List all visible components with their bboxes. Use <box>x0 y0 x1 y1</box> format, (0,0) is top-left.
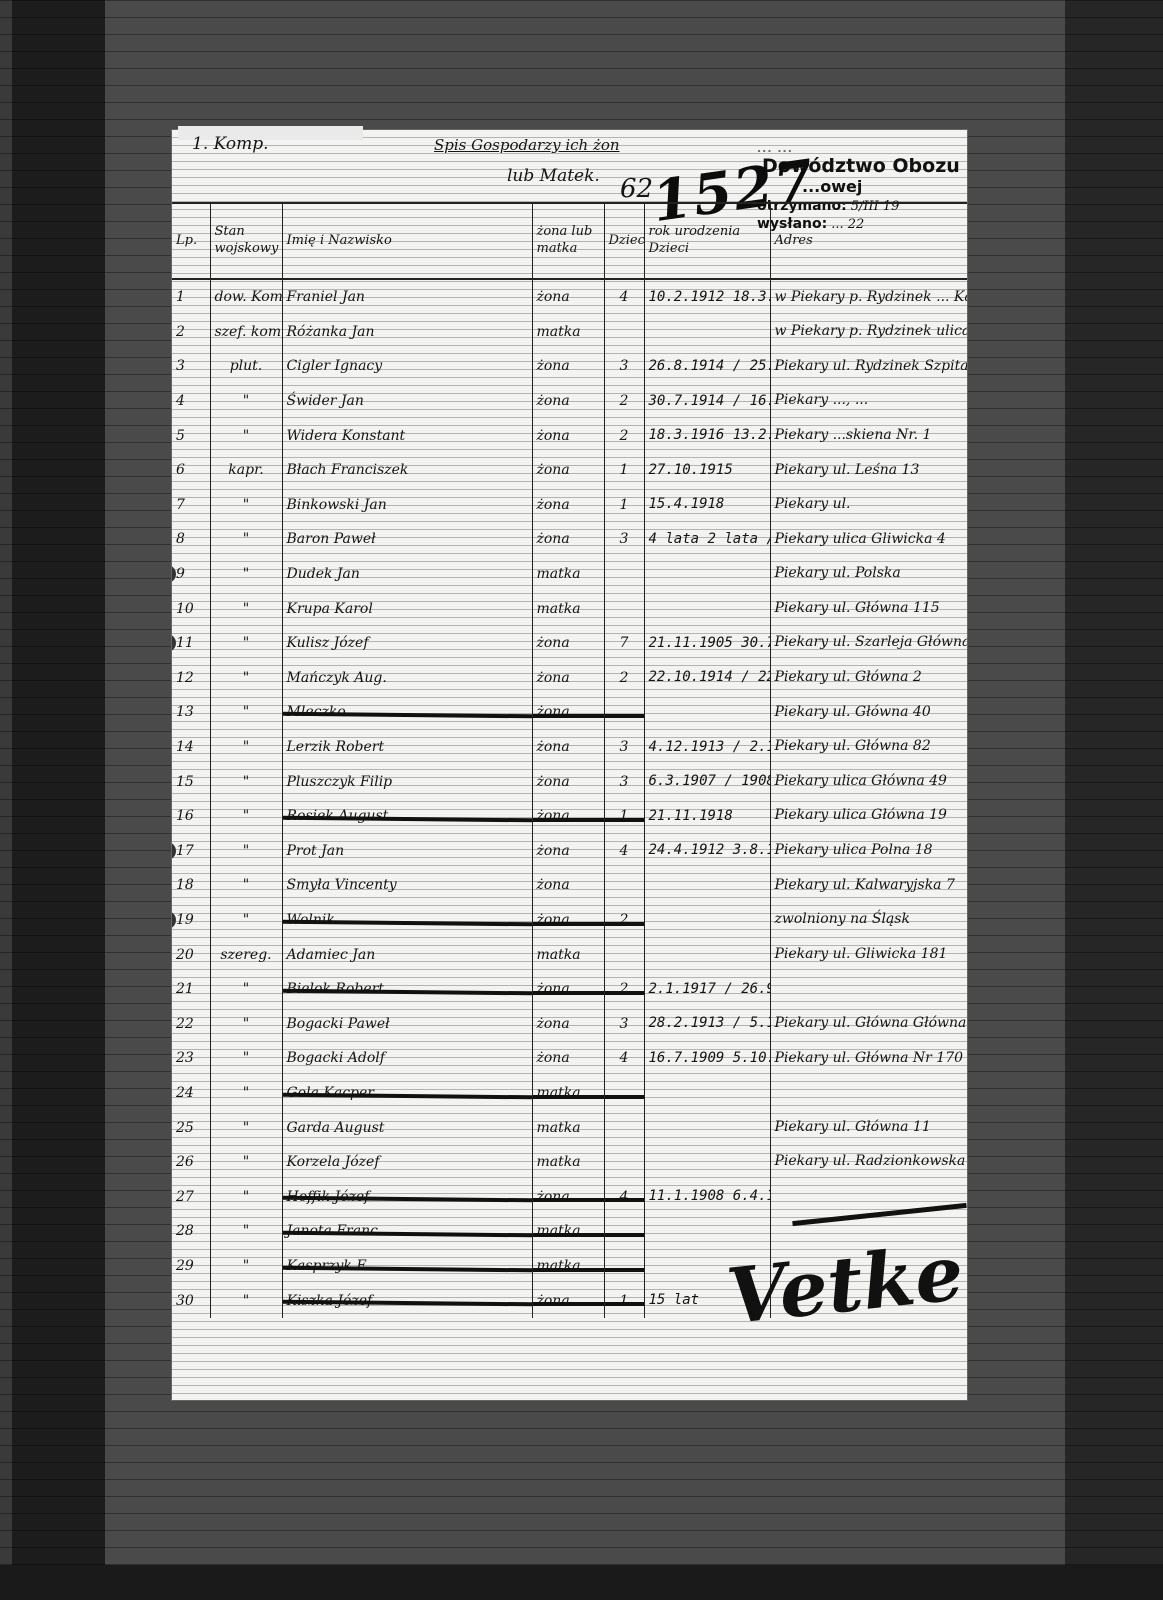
table-row: 14"Lerzik Robertżona34.12.1913 / 2.12.19… <box>172 730 967 765</box>
register-table: Lp. Stan wojskowy Imię i Nazwisko żona l… <box>172 202 967 1318</box>
address: w Piekary p. Rydzinek ... Kaliszowska <box>770 279 967 315</box>
row-number: 17 <box>172 834 210 869</box>
row-number: 11 <box>172 626 210 661</box>
children-count <box>604 557 644 592</box>
row-number: 18 <box>172 868 210 903</box>
col-relation: żona lub matka <box>532 203 604 279</box>
title-line-1: Spis Gospodarzy ich żon <box>434 136 620 154</box>
children-count: 2 <box>604 972 644 1007</box>
table-row: 25"Garda AugustmatkaPiekary ul. Główna 1… <box>172 1110 967 1145</box>
military-rank: " <box>210 1110 282 1145</box>
address: Piekary ul. Główna Główna 6 <box>770 1006 967 1041</box>
person-name: Binkowski Jan <box>282 488 532 523</box>
military-rank: " <box>210 522 282 557</box>
birth-dates <box>644 1110 770 1145</box>
military-rank: " <box>210 1214 282 1249</box>
children-count: 4 <box>604 1179 644 1214</box>
birth-dates <box>644 1076 770 1111</box>
children-count: 2 <box>604 661 644 696</box>
table-row: 11"Kulisz Józefżona721.11.1905 30.7.1914… <box>172 626 967 661</box>
military-rank: " <box>210 1249 282 1284</box>
relation: żona <box>532 488 604 523</box>
birth-dates <box>644 315 770 350</box>
relation: żona <box>532 349 604 384</box>
children-count: 7 <box>604 626 644 661</box>
birth-dates: 2.1.1917 / 26.9.1914 <box>644 972 770 1007</box>
table-row: 6kapr.Błach Franciszekżona127.10.1915Pie… <box>172 453 967 488</box>
row-number: 20 <box>172 937 210 972</box>
military-rank: " <box>210 799 282 834</box>
person-name: Bielok Robert <box>282 972 532 1007</box>
children-count: 2 <box>604 903 644 938</box>
row-number: 6 <box>172 453 210 488</box>
relation: żona <box>532 418 604 453</box>
children-count: 3 <box>604 349 644 384</box>
row-number: 7 <box>172 488 210 523</box>
row-number: 26 <box>172 1145 210 1180</box>
military-rank: kapr. <box>210 453 282 488</box>
table-row: 24"Gola Kacpermatka <box>172 1076 967 1111</box>
row-number: 30 <box>172 1283 210 1318</box>
table-row: 27"Hoffik Józefżona411.1.1908 6.4.1914 /… <box>172 1179 967 1214</box>
children-count <box>604 1249 644 1284</box>
person-name: Garda August <box>282 1110 532 1145</box>
military-rank: " <box>210 488 282 523</box>
relation: matka <box>532 1145 604 1180</box>
stamp-line-3: ...owej <box>802 177 972 196</box>
person-name: Rosiek August <box>282 799 532 834</box>
children-count: 3 <box>604 1006 644 1041</box>
birth-dates: 21.11.1918 <box>644 799 770 834</box>
company-label: 1. Komp. <box>192 134 269 154</box>
relation: żona <box>532 522 604 557</box>
row-number: 14 <box>172 730 210 765</box>
address: Piekary ul. Radzionkowska 24 <box>770 1145 967 1180</box>
person-name: Franiel Jan <box>282 279 532 315</box>
row-number: 9 <box>172 557 210 592</box>
table-row: 12"Mańczyk Aug.żona222.10.1914 / 22.7.19… <box>172 661 967 696</box>
punch-hole <box>172 565 176 583</box>
address: Piekary ul. Główna 82 <box>770 730 967 765</box>
children-count: 1 <box>604 488 644 523</box>
row-number: 3 <box>172 349 210 384</box>
row-number: 23 <box>172 1041 210 1076</box>
children-count <box>604 1076 644 1111</box>
children-count <box>604 315 644 350</box>
military-rank: dow. Kom. <box>210 279 282 315</box>
table-row: 8"Baron Pawełżona34 lata 2 lata / 1 mies… <box>172 522 967 557</box>
address: zwolniony na Śląsk <box>770 903 967 938</box>
row-number: 28 <box>172 1214 210 1249</box>
relation: żona <box>532 903 604 938</box>
birth-dates: 26.8.1914 / 25.1.1912 28.10.1918 <box>644 349 770 384</box>
address: Piekary ulica Główna 49 <box>770 764 967 799</box>
military-rank: " <box>210 626 282 661</box>
relation: matka <box>532 315 604 350</box>
birth-dates <box>644 868 770 903</box>
birth-dates: 18.3.1916 13.2.1918 <box>644 418 770 453</box>
children-count: 2 <box>604 418 644 453</box>
military-rank: " <box>210 1145 282 1180</box>
row-number: 2 <box>172 315 210 350</box>
person-name: Kiszka Józef <box>282 1283 532 1318</box>
relation: żona <box>532 695 604 730</box>
person-name: Mańczyk Aug. <box>282 661 532 696</box>
military-rank: szef. komp. <box>210 315 282 350</box>
relation: żona <box>532 868 604 903</box>
address <box>770 972 967 1007</box>
person-name: Korzela Józef <box>282 1145 532 1180</box>
person-name: Adamiec Jan <box>282 937 532 972</box>
military-rank: " <box>210 1076 282 1111</box>
children-count: 4 <box>604 1041 644 1076</box>
military-rank: " <box>210 661 282 696</box>
table-row: 26"Korzela JózefmatkaPiekary ul. Radzion… <box>172 1145 967 1180</box>
relation: matka <box>532 937 604 972</box>
military-rank: " <box>210 764 282 799</box>
relation: żona <box>532 1041 604 1076</box>
row-number: 12 <box>172 661 210 696</box>
military-rank: " <box>210 730 282 765</box>
address: Piekary ulica Polna 18 <box>770 834 967 869</box>
relation: żona <box>532 384 604 419</box>
person-name: Krupa Karol <box>282 591 532 626</box>
title-line-2: lub Matek. <box>507 166 600 186</box>
row-number: 21 <box>172 972 210 1007</box>
birth-dates: 27.10.1915 <box>644 453 770 488</box>
table-row: 23"Bogacki Adolfżona416.7.1909 5.10.1912… <box>172 1041 967 1076</box>
person-name: Mleczko ... <box>282 695 532 730</box>
col-children: Dzieci <box>604 203 644 279</box>
person-name: Widera Konstant <box>282 418 532 453</box>
address: Piekary ul. Leśna 13 <box>770 453 967 488</box>
military-rank: szereg. <box>210 937 282 972</box>
row-number: 8 <box>172 522 210 557</box>
row-number: 22 <box>172 1006 210 1041</box>
punch-hole <box>172 842 176 860</box>
table-row: 17"Prot Janżona424.4.1912 3.8.18 / 20.8.… <box>172 834 967 869</box>
military-rank: " <box>210 1283 282 1318</box>
table-row: 9"Dudek JanmatkaPiekary ul. Polska <box>172 557 967 592</box>
relation: żona <box>532 764 604 799</box>
person-name: Kasprzyk F. <box>282 1249 532 1284</box>
children-count: 4 <box>604 279 644 315</box>
children-count: 1 <box>604 799 644 834</box>
table-row: 5"Widera Konstantżona218.3.1916 13.2.191… <box>172 418 967 453</box>
table-row: 2szef. komp.Różanka Janmatkaw Piekary p.… <box>172 315 967 350</box>
children-count: 1 <box>604 1283 644 1318</box>
military-rank: " <box>210 972 282 1007</box>
children-count <box>604 591 644 626</box>
military-rank: " <box>210 557 282 592</box>
table-row: 4"Świder Janżona230.7.1914 / 16.4.1918Pi… <box>172 384 967 419</box>
military-rank: " <box>210 1006 282 1041</box>
birth-dates: 24.4.1912 3.8.18 / 20.8.1914 21.7.16 <box>644 834 770 869</box>
row-number: 29 <box>172 1249 210 1284</box>
row-number: 24 <box>172 1076 210 1111</box>
row-number: 19 <box>172 903 210 938</box>
col-birth-years: rok urodzenia Dzieci <box>644 203 770 279</box>
table-row: 18"Smyła VincentyżonaPiekary ul. Kalwary… <box>172 868 967 903</box>
person-name: Kulisz Józef <box>282 626 532 661</box>
military-rank: " <box>210 418 282 453</box>
person-name: Prot Jan <box>282 834 532 869</box>
military-rank: " <box>210 1179 282 1214</box>
person-name: Baron Paweł <box>282 522 532 557</box>
relation: żona <box>532 799 604 834</box>
col-address: Adres <box>770 203 967 279</box>
address: Piekary ul. Główna 115 <box>770 591 967 626</box>
relation: żona <box>532 730 604 765</box>
address: w Piekary p. Rydzinek ulica Kalwaryjska … <box>770 315 967 350</box>
relation: matka <box>532 1249 604 1284</box>
children-count: 4 <box>604 834 644 869</box>
military-rank: " <box>210 591 282 626</box>
relation: matka <box>532 1110 604 1145</box>
relation: żona <box>532 453 604 488</box>
children-count <box>604 868 644 903</box>
relation: matka <box>532 1076 604 1111</box>
address: Piekary ul. Główna 11 <box>770 1110 967 1145</box>
table-row: 22"Bogacki Pawełżona328.2.1913 / 5.11.19… <box>172 1006 967 1041</box>
table-row: 19"Wolnik ...żona2zwolniony na Śląsk <box>172 903 967 938</box>
table-row: 7"Binkowski Janżona115.4.1918Piekary ul. <box>172 488 967 523</box>
table-row: 21"Bielok Robertżona22.1.1917 / 26.9.191… <box>172 972 967 1007</box>
birth-dates: 30.7.1914 / 16.4.1918 <box>644 384 770 419</box>
person-name: Hoffik Józef <box>282 1179 532 1214</box>
address: Piekary ul. Szarleja Główna 2 <box>770 626 967 661</box>
person-name: Gola Kacper <box>282 1076 532 1111</box>
military-rank: " <box>210 384 282 419</box>
address: Piekary ulica Gliwicka 4 <box>770 522 967 557</box>
military-rank: " <box>210 1041 282 1076</box>
relation: żona <box>532 626 604 661</box>
children-count <box>604 1145 644 1180</box>
person-name: Bogacki Adolf <box>282 1041 532 1076</box>
relation: żona <box>532 972 604 1007</box>
children-count <box>604 1214 644 1249</box>
birth-dates: 4.12.1913 / 2.12.1915 21.10.1918 <box>644 730 770 765</box>
table-row: 10"Krupa KarolmatkaPiekary ul. Główna 11… <box>172 591 967 626</box>
address: Piekary ..., ... <box>770 384 967 419</box>
military-rank: plut. <box>210 349 282 384</box>
birth-dates <box>644 557 770 592</box>
birth-dates: 10.2.1912 18.3.1915 / 24.12.1913 16.11.1… <box>644 279 770 315</box>
address: Piekary ulica Główna 19 <box>770 799 967 834</box>
address: Piekary ul. Główna Nr 170 <box>770 1041 967 1076</box>
birth-dates: 11.1.1908 6.4.1914 / 7.2.1910 9.5.1917 <box>644 1179 770 1214</box>
military-rank: " <box>210 868 282 903</box>
address: Piekary ...skiena Nr. 1 <box>770 418 967 453</box>
birth-dates: 15.4.1918 <box>644 488 770 523</box>
row-number: 27 <box>172 1179 210 1214</box>
table-row: 3plut.Cigler Ignacyżona326.8.1914 / 25.1… <box>172 349 967 384</box>
person-name: Różanka Jan <box>282 315 532 350</box>
address: Piekary ul. Gliwicka 181 <box>770 937 967 972</box>
row-number: 16 <box>172 799 210 834</box>
person-name: Cigler Ignacy <box>282 349 532 384</box>
row-number: 25 <box>172 1110 210 1145</box>
relation: matka <box>532 557 604 592</box>
birth-dates: 22.10.1914 / 22.7.1918 <box>644 661 770 696</box>
register-page: 1. Komp. Spis Gospodarzy ich żon lub Mat… <box>172 130 967 1400</box>
person-name: Błach Franciszek <box>282 453 532 488</box>
table-row: 13"Mleczko ...żonaPiekary ul. Główna 40 <box>172 695 967 730</box>
relation: żona <box>532 1179 604 1214</box>
birth-dates: 4 lata 2 lata / 1 miesiąc <box>644 522 770 557</box>
person-name: Pluszczyk Filip <box>282 764 532 799</box>
relation: matka <box>532 591 604 626</box>
children-count: 3 <box>604 764 644 799</box>
children-count: 3 <box>604 730 644 765</box>
address: Piekary ul. Główna 40 <box>770 695 967 730</box>
header-row: Lp. Stan wojskowy Imię i Nazwisko żona l… <box>172 203 967 279</box>
row-number: 15 <box>172 764 210 799</box>
birth-dates: 16.7.1909 5.10.1912 / 25.10.1910 25.11.1… <box>644 1041 770 1076</box>
row-number: 1 <box>172 279 210 315</box>
relation: matka <box>532 1214 604 1249</box>
address: Piekary ul. Główna 2 <box>770 661 967 696</box>
person-name: Smyła Vincenty <box>282 868 532 903</box>
person-name: Świder Jan <box>282 384 532 419</box>
person-name: Bogacki Paweł <box>282 1006 532 1041</box>
person-name: Wolnik ... <box>282 903 532 938</box>
relation: żona <box>532 834 604 869</box>
row-number: 4 <box>172 384 210 419</box>
military-rank: " <box>210 695 282 730</box>
address: Piekary ul. Kalwaryjska 7 <box>770 868 967 903</box>
birth-dates <box>644 937 770 972</box>
table-row: 16"Rosiek Augustżona121.11.1918Piekary u… <box>172 799 967 834</box>
birth-dates <box>644 591 770 626</box>
birth-dates <box>644 1145 770 1180</box>
relation: żona <box>532 1283 604 1318</box>
children-count: 3 <box>604 522 644 557</box>
person-name: Dudek Jan <box>282 557 532 592</box>
birth-dates <box>644 695 770 730</box>
birth-dates: 28.2.1913 / 5.11.1916 22.5.1919 <box>644 1006 770 1041</box>
row-number: 13 <box>172 695 210 730</box>
col-name: Imię i Nazwisko <box>282 203 532 279</box>
col-lp: Lp. <box>172 203 210 279</box>
address <box>770 1076 967 1111</box>
military-rank: " <box>210 903 282 938</box>
relation: żona <box>532 661 604 696</box>
person-name: Lerzik Robert <box>282 730 532 765</box>
person-name: Janota Franc. <box>282 1214 532 1249</box>
row-number: 10 <box>172 591 210 626</box>
address: Piekary ul. Rydzinek Szpital nr 36 <box>770 349 967 384</box>
military-rank: " <box>210 834 282 869</box>
page-number: 62 <box>620 174 653 204</box>
children-count: 1 <box>604 453 644 488</box>
address: Piekary ul. Polska <box>770 557 967 592</box>
table-row: 15"Pluszczyk Filipżona36.3.1907 / 1908 1… <box>172 764 967 799</box>
table-row: 20szereg.Adamiec JanmatkaPiekary ul. Gli… <box>172 937 967 972</box>
birth-dates <box>644 1214 770 1249</box>
children-count <box>604 937 644 972</box>
birth-dates <box>644 903 770 938</box>
relation: żona <box>532 1006 604 1041</box>
relation: żona <box>532 279 604 315</box>
row-number: 5 <box>172 418 210 453</box>
birth-dates: 6.3.1907 / 1908 1919 <box>644 764 770 799</box>
children-count <box>604 1110 644 1145</box>
children-count <box>604 695 644 730</box>
children-count: 2 <box>604 384 644 419</box>
punch-hole <box>172 634 176 652</box>
col-rank: Stan wojskowy <box>210 203 282 279</box>
punch-hole <box>172 911 176 929</box>
birth-dates: 21.11.1905 30.7.1914 / 8.7.1907 15.8.191… <box>644 626 770 661</box>
table-row: 1dow. Kom.Franiel Janżona410.2.1912 18.3… <box>172 279 967 315</box>
address: Piekary ul. <box>770 488 967 523</box>
